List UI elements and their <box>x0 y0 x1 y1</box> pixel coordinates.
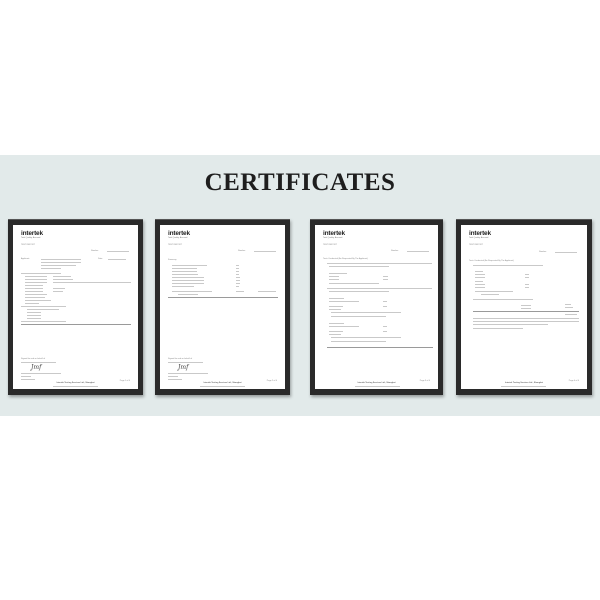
text-line <box>383 331 387 332</box>
text-line <box>383 279 388 280</box>
text-line <box>172 283 204 284</box>
page-number: Page 1 of 4 <box>120 380 130 382</box>
text-line <box>172 291 212 292</box>
text-line <box>41 259 81 260</box>
text-line <box>25 285 43 286</box>
text-line <box>475 274 485 275</box>
text-line <box>25 297 45 298</box>
report-label: TEST REPORT <box>21 244 35 247</box>
text-line <box>329 334 341 335</box>
text-line <box>53 288 65 289</box>
text-line <box>525 287 529 288</box>
footer-company: Intertek Testing Services Ltd., Shanghai <box>160 382 285 384</box>
text-line <box>565 314 577 315</box>
text-line <box>236 274 239 275</box>
text-line <box>383 306 387 307</box>
text-line <box>25 294 47 295</box>
summary-label: Summary <box>168 259 177 262</box>
footer-company: Intertek Testing Services Ltd., Shanghai <box>13 382 138 384</box>
text-line <box>41 268 61 269</box>
text-line <box>473 299 533 300</box>
text-line <box>329 323 344 324</box>
intertek-logo: intertek <box>168 230 190 237</box>
date-label: Date: <box>98 258 103 261</box>
text-line <box>329 266 389 267</box>
divider <box>473 311 579 312</box>
text-line <box>27 312 41 313</box>
text-line <box>565 304 571 305</box>
certificate-frame-1[interactable]: intertek Total Quality. Assured. TEST RE… <box>8 219 143 395</box>
text-line <box>501 386 546 387</box>
text-line <box>27 309 59 310</box>
text-line <box>25 279 47 280</box>
divider <box>21 324 131 325</box>
divider <box>168 297 278 298</box>
certificate-document: intertek Total Quality. Assured. TEST RE… <box>13 225 138 389</box>
tests-conducted-label: Tests Conducted (As Requested By The App… <box>323 258 368 261</box>
certificate-document: intertek Total Quality. Assured. TEST RE… <box>461 225 587 389</box>
footer-company: Intertek Testing Services Ltd., Shanghai <box>315 382 438 384</box>
text-line <box>236 283 240 284</box>
text-line <box>473 328 523 329</box>
text-line <box>172 271 197 272</box>
text-line <box>331 316 386 317</box>
text-line <box>25 288 43 289</box>
logo-tagline: Total Quality. Assured. <box>21 237 41 239</box>
text-line <box>53 276 71 277</box>
text-line <box>172 280 204 281</box>
divider <box>327 347 433 348</box>
section-heading: CERTIFICATES <box>0 168 600 198</box>
text-line <box>475 281 483 282</box>
text-line <box>329 298 344 299</box>
text-line <box>53 291 63 292</box>
text-line <box>475 271 483 272</box>
signature: Jmf <box>178 364 188 371</box>
text-line <box>475 277 485 278</box>
text-line <box>168 362 203 363</box>
text-line <box>53 282 131 283</box>
certificate-frame-3[interactable]: intertek Total Quality. Assured. TEST RE… <box>310 219 443 395</box>
text-line <box>254 251 276 252</box>
text-line <box>473 321 579 322</box>
logo-tagline: Total Quality. Assured. <box>323 237 343 239</box>
text-line <box>236 291 244 292</box>
text-line <box>200 386 245 387</box>
text-line <box>329 326 359 327</box>
text-line <box>21 321 66 322</box>
text-line <box>27 318 41 319</box>
text-line <box>168 379 182 380</box>
certificate-document: intertek Total Quality. Assured. TEST RE… <box>315 225 438 389</box>
number-label: Number: <box>391 250 399 253</box>
footer-company: Intertek Testing Services Ltd., Shanghai <box>461 382 587 384</box>
text-line <box>172 277 204 278</box>
text-line <box>329 283 379 284</box>
text-line <box>258 291 276 292</box>
text-line <box>331 341 386 342</box>
text-line <box>236 277 240 278</box>
page-number: Page 3 of 4 <box>420 380 430 382</box>
signed-for-label: Signed for and on behalf of <box>21 358 45 361</box>
text-line <box>21 376 31 377</box>
text-line <box>236 268 239 269</box>
text-line <box>21 379 35 380</box>
page-number: Page 2 of 4 <box>267 380 277 382</box>
text-line <box>172 274 198 275</box>
text-line <box>475 291 513 292</box>
text-line <box>41 265 76 266</box>
logo-tagline: Total Quality. Assured. <box>469 237 489 239</box>
text-line <box>25 300 51 301</box>
certificate-frame-4[interactable]: intertek Total Quality. Assured. TEST RE… <box>456 219 592 395</box>
applicant-label: Applicant: <box>21 258 30 261</box>
intertek-logo: intertek <box>323 230 345 237</box>
text-line <box>25 282 47 283</box>
text-line <box>53 279 73 280</box>
intertek-logo: intertek <box>469 230 491 237</box>
text-line <box>172 286 194 287</box>
signature-line <box>21 373 61 374</box>
number-label: Number: <box>539 251 547 254</box>
text-line <box>481 294 499 295</box>
text-line <box>25 303 39 304</box>
text-line <box>329 273 347 274</box>
signature-line <box>168 373 208 374</box>
text-line <box>25 291 43 292</box>
text-line <box>53 386 98 387</box>
text-line <box>355 386 400 387</box>
text-line <box>168 376 178 377</box>
text-line <box>327 288 432 289</box>
text-line <box>27 315 41 316</box>
text-line <box>525 284 529 285</box>
text-line <box>327 263 432 264</box>
report-label: TEST REPORT <box>168 244 182 247</box>
signature: Jmf <box>31 364 41 371</box>
text-line <box>383 326 387 327</box>
text-line <box>21 273 61 274</box>
text-line <box>383 301 387 302</box>
intertek-logo: intertek <box>21 230 43 237</box>
report-label: TEST REPORT <box>469 244 483 247</box>
text-line <box>107 251 129 252</box>
signed-for-label: Signed for and on behalf of <box>168 358 192 361</box>
text-line <box>236 280 240 281</box>
text-line <box>475 284 485 285</box>
text-line <box>172 268 197 269</box>
text-line <box>331 337 401 338</box>
text-line <box>21 362 56 363</box>
report-label: TEST REPORT <box>323 244 337 247</box>
text-line <box>475 287 485 288</box>
text-line <box>521 308 531 309</box>
text-line <box>521 305 531 306</box>
text-line <box>525 274 529 275</box>
text-line <box>473 265 543 266</box>
text-line <box>407 251 429 252</box>
text-line <box>329 279 339 280</box>
text-line <box>329 306 343 307</box>
text-line <box>329 301 359 302</box>
text-line <box>555 252 577 253</box>
text-line <box>331 312 401 313</box>
text-line <box>329 331 343 332</box>
text-line <box>565 307 573 308</box>
text-line <box>108 259 126 260</box>
page-number: Page 4 of 4 <box>569 380 579 382</box>
text-line <box>41 262 81 263</box>
text-line <box>236 271 239 272</box>
certificate-frame-2[interactable]: intertek Total Quality. Assured. TEST RE… <box>155 219 290 395</box>
number-label: Number: <box>238 250 246 253</box>
text-line <box>172 265 207 266</box>
text-line <box>473 324 548 325</box>
text-line <box>525 277 529 278</box>
text-line <box>21 306 66 307</box>
certificate-document: intertek Total Quality. Assured. TEST RE… <box>160 225 285 389</box>
logo-tagline: Total Quality. Assured. <box>168 237 188 239</box>
text-line <box>236 265 239 266</box>
text-line <box>329 291 389 292</box>
text-line <box>25 276 47 277</box>
number-label: Number: <box>91 250 99 253</box>
text-line <box>236 286 239 287</box>
text-line <box>383 276 388 277</box>
tests-conducted-label: Tests Conducted (As Requested By The App… <box>469 260 514 263</box>
text-line <box>329 276 339 277</box>
text-line <box>473 318 579 319</box>
text-line <box>178 294 198 295</box>
text-line <box>329 309 341 310</box>
